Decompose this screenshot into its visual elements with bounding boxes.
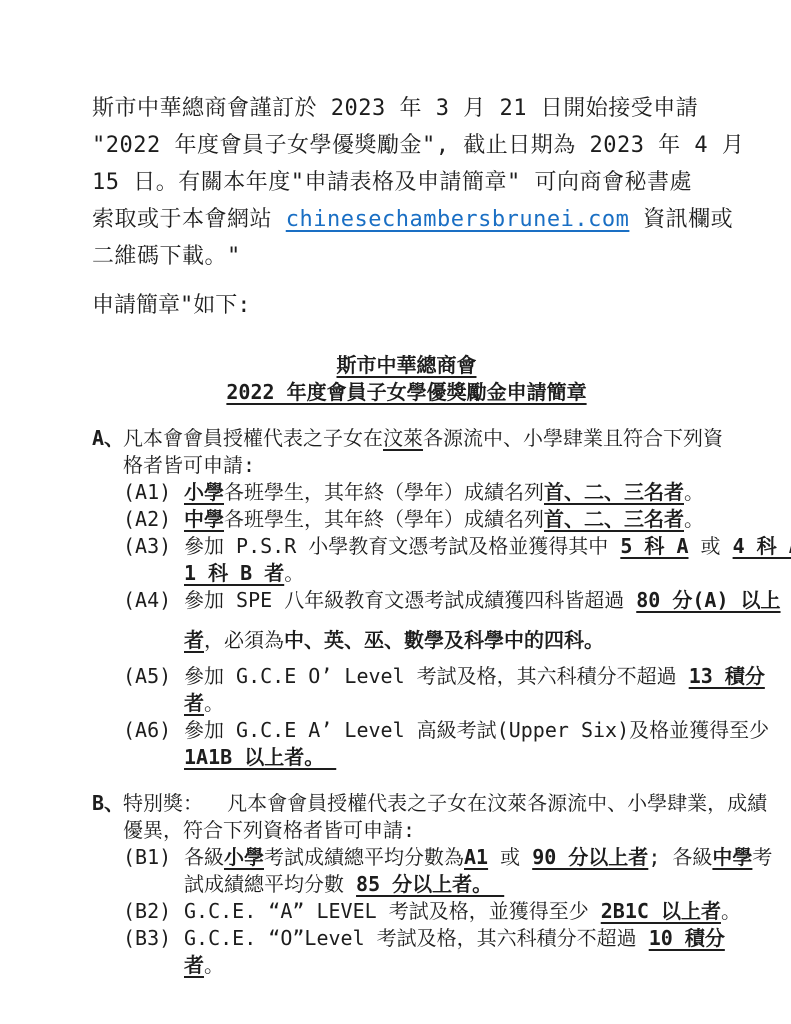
text-segment: 。 bbox=[684, 480, 704, 504]
item-text: 參加 P.S.R 小學教育文憑考試及格並獲得其中 5 科 A 或 4 科 A1 … bbox=[184, 533, 791, 587]
text-segment: 索取或于本會網站 bbox=[92, 207, 286, 232]
text-segment: 中學 bbox=[712, 845, 752, 869]
title-line-2: 2022 年度會員子女學優獎勵金申請簡章 bbox=[92, 379, 721, 406]
text-segment: 15 日。有關本年度"申請表格及申請簡章" 可向商會秘書處 bbox=[92, 170, 692, 195]
list-item: (B1) 各級小學考試成績總平均分數為A1 或 90 分以上者; 各級中學考試成… bbox=[123, 844, 721, 898]
item-label: (B2) bbox=[123, 898, 184, 925]
item-text: 參加 G.C.E O’ Level 考試及格，其六科積分不超過 13 積分者。 bbox=[184, 663, 765, 717]
text-line: G.C.E. “O”Level 考試及格，其六科積分不超過 10 積分 bbox=[184, 925, 725, 952]
text-segment: 5 科 A bbox=[620, 534, 688, 558]
title-line-1: 斯市中華總商會 bbox=[92, 352, 721, 379]
text-segment: 13 積分 bbox=[689, 664, 765, 688]
item-label: (A5) bbox=[123, 663, 184, 717]
text-segment: 2B1C 以上者 bbox=[601, 899, 721, 923]
text-segment: 參加 G.C.E O’ Level 考試及格，其六科積分不超過 bbox=[184, 664, 689, 688]
item-text: 中學各班學生，其年終（學年）成績名列首、二、三名者。 bbox=[184, 506, 721, 533]
text-segment: 者 bbox=[184, 628, 204, 652]
text-segment: 10 積分 bbox=[649, 926, 725, 950]
text-segment: 各源流中、小學肆業且符合下列資 bbox=[423, 426, 723, 450]
document-page: 斯市中華總商會謹訂於 2023 年 3 月 21 日開始接受申請"2022 年度… bbox=[0, 0, 791, 1024]
text-segment: 優異，符合下列資格者皆可申請: bbox=[123, 818, 415, 842]
text-segment: 凡本會會員授權代表之子女在 bbox=[123, 426, 383, 450]
text-segment: 。 bbox=[721, 899, 741, 923]
text-line: 特別獎： 凡本會會員授權代表之子女在汶萊各源流中、小學肆業，成績 bbox=[123, 790, 721, 817]
text-segment: 4 科 A bbox=[733, 534, 791, 558]
text-segment: 1A1B 以上者。 bbox=[184, 745, 336, 769]
text-segment: 者 bbox=[184, 691, 204, 715]
section-marker: B、 bbox=[92, 790, 124, 817]
text-segment: G.C.E. “A” LEVEL 考試及格，並獲得至少 bbox=[184, 899, 601, 923]
text-line: G.C.E. “A” LEVEL 考試及格，並獲得至少 2B1C 以上者。 bbox=[184, 898, 741, 925]
text-segment: 參加 G.C.E A’ Level 高級考試(Upper Six)及格並獲得至少 bbox=[184, 718, 769, 742]
text-segment: 斯市中華總商會謹訂於 2023 年 3 月 21 日開始接受申請 bbox=[92, 96, 698, 121]
intro-paragraph: 斯市中華總商會謹訂於 2023 年 3 月 21 日開始接受申請"2022 年度… bbox=[92, 90, 721, 275]
text-line: 1 科 B 者。 bbox=[184, 560, 791, 587]
item-text: G.C.E. “O”Level 考試及格，其六科積分不超過 10 積分者。 bbox=[184, 925, 725, 979]
text-segment: 試成績總平均分數 bbox=[184, 872, 356, 896]
item-label: (A4) bbox=[123, 587, 184, 663]
text-segment: 者 bbox=[184, 953, 204, 977]
text-segment: 考試成績總平均分數為 bbox=[264, 845, 464, 869]
section-marker: A、 bbox=[92, 425, 124, 452]
text-segment: 各級 bbox=[184, 845, 224, 869]
text-segment: 1 科 B 者 bbox=[184, 561, 284, 585]
text-segment: 小學 bbox=[184, 480, 224, 504]
list-item: (A1) 小學各班學生，其年終（學年）成績名列首、二、三名者。 bbox=[123, 479, 721, 506]
text-segment: 首、二、三名者 bbox=[544, 480, 684, 504]
section-head: A、 凡本會會員授權代表之子女在汶萊各源流中、小學肆業且符合下列資格者皆可申請: bbox=[92, 425, 721, 479]
text-line: 參加 P.S.R 小學教育文憑考試及格並獲得其中 5 科 A 或 4 科 A bbox=[184, 533, 791, 560]
text-segment: 。 bbox=[204, 953, 224, 977]
text-segment: 汶萊 bbox=[383, 426, 423, 450]
text-line: 者。 bbox=[184, 690, 765, 717]
text-line: 參加 SPE 八年級教育文憑考試成績獲四科皆超過 80 分(A) 以上 bbox=[184, 587, 781, 614]
sections-container: A、 凡本會會員授權代表之子女在汶萊各源流中、小學肆業且符合下列資格者皆可申請:… bbox=[92, 425, 721, 979]
text-segment: 或 bbox=[689, 534, 733, 558]
text-segment: ，必須為 bbox=[204, 628, 284, 652]
text-segment: ; 各級 bbox=[648, 845, 712, 869]
item-label: (A6) bbox=[123, 717, 184, 771]
text-segment: 。 bbox=[684, 507, 704, 531]
text-segment: 或 bbox=[488, 845, 532, 869]
text-line: 斯市中華總商會謹訂於 2023 年 3 月 21 日開始接受申請 bbox=[92, 90, 721, 127]
item-label: (B1) bbox=[123, 844, 184, 898]
list-item: (B3) G.C.E. “O”Level 考試及格，其六科積分不超過 10 積分… bbox=[123, 925, 721, 979]
text-segment: 。 bbox=[284, 561, 304, 585]
item-label: (A1) bbox=[123, 479, 184, 506]
text-segment: 小學 bbox=[224, 845, 264, 869]
text-segment: 中學 bbox=[184, 507, 224, 531]
text-segment: 參加 SPE 八年級教育文憑考試成績獲四科皆超過 bbox=[184, 588, 636, 612]
item-text: 各級小學考試成績總平均分數為A1 或 90 分以上者; 各級中學考試成績總平均分… bbox=[184, 844, 772, 898]
section: B、 特別獎： 凡本會會員授權代表之子女在汶萊各源流中、小學肆業，成績優異，符合… bbox=[92, 790, 721, 979]
text-line: 索取或于本會網站 chinesechambersbrunei.com 資訊欄或 bbox=[92, 201, 721, 238]
document-title: 斯市中華總商會 2022 年度會員子女學優獎勵金申請簡章 bbox=[92, 352, 721, 406]
text-line: 格者皆可申請: bbox=[123, 452, 721, 479]
text-line: 1A1B 以上者。 bbox=[184, 744, 769, 771]
text-segment: 二維碼下載。" bbox=[92, 244, 241, 269]
text-line: 者，必須為中、英、巫、數學及科學中的四科。 bbox=[184, 627, 781, 654]
item-text: G.C.E. “A” LEVEL 考試及格，並獲得至少 2B1C 以上者。 bbox=[184, 898, 741, 925]
text-line: 參加 G.C.E O’ Level 考試及格，其六科積分不超過 13 積分 bbox=[184, 663, 765, 690]
text-line: 小學各班學生，其年終（學年）成績名列首、二、三名者。 bbox=[184, 479, 721, 506]
text-line: 15 日。有關本年度"申請表格及申請簡章" 可向商會秘書處 bbox=[92, 164, 721, 201]
text-line: 二維碼下載。" bbox=[92, 238, 721, 275]
section-items: (B1) 各級小學考試成績總平均分數為A1 或 90 分以上者; 各級中學考試成… bbox=[92, 844, 721, 979]
text-line: 優異，符合下列資格者皆可申請: bbox=[123, 817, 721, 844]
website-link[interactable]: chinesechambersbrunei.com bbox=[286, 207, 630, 232]
text-segment: 參加 P.S.R 小學教育文憑考試及格並獲得其中 bbox=[184, 534, 620, 558]
item-label: (B3) bbox=[123, 925, 184, 979]
item-text: 參加 SPE 八年級教育文憑考試成績獲四科皆超過 80 分(A) 以上者，必須為… bbox=[184, 587, 781, 663]
text-line: 凡本會會員授權代表之子女在汶萊各源流中、小學肆業且符合下列資 bbox=[123, 425, 721, 452]
section-intro: 特別獎： 凡本會會員授權代表之子女在汶萊各源流中、小學肆業，成績優異，符合下列資… bbox=[123, 790, 721, 844]
text-segment: 資訊欄或 bbox=[629, 207, 733, 232]
item-label: (A2) bbox=[123, 506, 184, 533]
text-line: 參加 G.C.E A’ Level 高級考試(Upper Six)及格並獲得至少 bbox=[184, 717, 769, 744]
text-segment: 中、英、巫、數學及科學中的四科。 bbox=[284, 628, 604, 652]
text-segment: G.C.E. “O”Level 考試及格，其六科積分不超過 bbox=[184, 926, 649, 950]
section-items: (A1) 小學各班學生，其年終（學年）成績名列首、二、三名者。 (A2) 中學各… bbox=[92, 479, 721, 771]
list-item: (A3) 參加 P.S.R 小學教育文憑考試及格並獲得其中 5 科 A 或 4 … bbox=[123, 533, 721, 587]
text-line: "2022 年度會員子女學優獎勵金", 截止日期為 2023 年 4 月 bbox=[92, 127, 721, 164]
text-segment: 。 bbox=[204, 691, 224, 715]
text-segment: 各班學生，其年終（學年）成績名列 bbox=[224, 480, 544, 504]
text-segment: A1 bbox=[464, 845, 488, 869]
item-text: 參加 G.C.E A’ Level 高級考試(Upper Six)及格並獲得至少… bbox=[184, 717, 769, 771]
list-item: (A2) 中學各班學生，其年終（學年）成績名列首、二、三名者。 bbox=[123, 506, 721, 533]
text-segment: 90 分以上者 bbox=[532, 845, 648, 869]
text-line: 者。 bbox=[184, 952, 725, 979]
item-text: 小學各班學生，其年終（學年）成績名列首、二、三名者。 bbox=[184, 479, 721, 506]
text-segment: 格者皆可申請: bbox=[123, 453, 255, 477]
text-segment: 80 分(A) 以上 bbox=[636, 588, 780, 612]
section-intro: 凡本會會員授權代表之子女在汶萊各源流中、小學肆業且符合下列資格者皆可申請: bbox=[123, 425, 721, 479]
section-head: B、 特別獎： 凡本會會員授權代表之子女在汶萊各源流中、小學肆業，成績優異，符合… bbox=[92, 790, 721, 844]
list-item: (A6) 參加 G.C.E A’ Level 高級考試(Upper Six)及格… bbox=[123, 717, 721, 771]
text-segment: 首、二、三名者 bbox=[544, 507, 684, 531]
text-segment: 各班學生，其年終（學年）成績名列 bbox=[224, 507, 544, 531]
list-item: (B2) G.C.E. “A” LEVEL 考試及格，並獲得至少 2B1C 以上… bbox=[123, 898, 721, 925]
section: A、 凡本會會員授權代表之子女在汶萊各源流中、小學肆業且符合下列資格者皆可申請:… bbox=[92, 425, 721, 771]
list-item: (A4) 參加 SPE 八年級教育文憑考試成績獲四科皆超過 80 分(A) 以上… bbox=[123, 587, 721, 663]
subheading: 申請簡章"如下: bbox=[92, 291, 721, 321]
text-line: 各級小學考試成績總平均分數為A1 或 90 分以上者; 各級中學考 bbox=[184, 844, 772, 871]
item-label: (A3) bbox=[123, 533, 184, 587]
text-segment: 85 分以上者。 bbox=[356, 872, 504, 896]
text-segment: "2022 年度會員子女學優獎勵金", 截止日期為 2023 年 4 月 bbox=[92, 133, 744, 158]
text-line: 試成績總平均分數 85 分以上者。 bbox=[184, 871, 772, 898]
list-item: (A5) 參加 G.C.E O’ Level 考試及格，其六科積分不超過 13 … bbox=[123, 663, 721, 717]
text-line: 中學各班學生，其年終（學年）成績名列首、二、三名者。 bbox=[184, 506, 721, 533]
text-segment: 特別獎： 凡本會會員授權代表之子女在汶萊各源流中、小學肆業，成績 bbox=[123, 791, 767, 815]
text-segment: 考 bbox=[752, 845, 772, 869]
